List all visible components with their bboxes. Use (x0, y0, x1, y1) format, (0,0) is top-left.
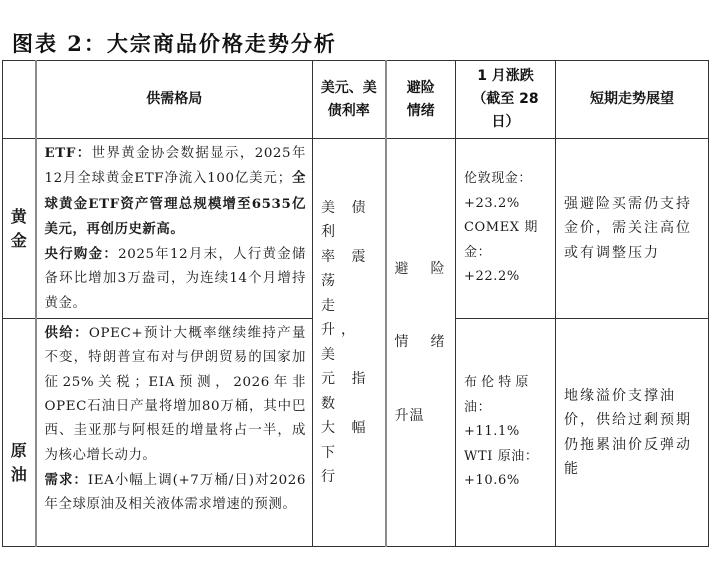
oil-demand-paragraph: 需求：IEA小幅上调(+7万桶/日)对2026年全球原油及相关液体需求增速的预测… (45, 468, 307, 518)
header-row: 供需格局 美元、美 债利率 避险 情绪 1 月涨跌 （截至 28 日） 短期走势… (3, 61, 709, 139)
oil-outlook: 地缘溢价支撑油价，供给过剩预期仍拖累油价反弹动能 (556, 319, 709, 547)
usd-rates-line-3: 走 升，美 (321, 294, 379, 368)
risk-sentiment-line-1: 避 险 (395, 257, 450, 282)
oil-supply-text: OPEC+预计大概率继续维持产量不变，特朗普宣布对与伊朗贸易的国家加征25%关税… (45, 326, 307, 462)
table-row-gold: 黄 金 ETF：世界黄金协会数据显示，2025年12月全球黄金ETF净流入100… (3, 139, 709, 319)
oil-wti-value: +10.6% (464, 469, 549, 494)
oil-supply-label: 供给： (45, 325, 89, 341)
usd-rates-shared-cell: 美 债 利 率 震 荡 走 升，美 元 指 数 大 幅 下 行 (313, 139, 386, 547)
gold-london-spot-value: +23.2% (464, 192, 549, 217)
usd-rates-line-2: 率 震 荡 (321, 245, 379, 294)
header-category (3, 61, 36, 139)
header-usd-line-2: 债利率 (313, 100, 385, 123)
header-change-line-3: 日） (456, 111, 555, 134)
gold-supply-demand: ETF：世界黄金协会数据显示，2025年12月全球黄金ETF净流入100亿美元；… (36, 139, 313, 319)
header-supply-demand: 供需格局 (36, 61, 313, 139)
usd-rates-line-6: 行 (321, 465, 379, 490)
header-change-line-1: 1 月涨跌 (456, 65, 555, 88)
category-gold-char-1: 黄 (3, 205, 35, 229)
category-oil-char-1: 原 (3, 439, 35, 463)
usd-rates-line-1: 美 债 利 (321, 196, 379, 245)
gold-monthly-change: 伦敦现金： +23.2% COMEX 期金： +22.2% (456, 139, 556, 319)
gold-etf-paragraph: ETF：世界黄金协会数据显示，2025年12月全球黄金ETF净流入100亿美元；… (45, 141, 307, 242)
risk-sentiment-shared-cell: 避 险 情 绪 升温 (386, 139, 456, 547)
oil-brent-value: +11.1% (464, 420, 549, 445)
gold-london-spot-label: 伦敦现金： (464, 167, 549, 192)
header-usd-rates: 美元、美 债利率 (313, 61, 386, 139)
commodity-price-table: 供需格局 美元、美 债利率 避险 情绪 1 月涨跌 （截至 28 日） 短期走势… (2, 60, 709, 547)
header-risk-sentiment: 避险 情绪 (386, 61, 456, 139)
category-crude-oil: 原 油 (3, 319, 36, 547)
category-oil-char-2: 油 (3, 463, 35, 487)
oil-brent-label-1: 布 伦 特 原 (464, 371, 549, 396)
gold-central-bank-label: 央行购金： (45, 246, 119, 262)
oil-brent-label-2: 油： (464, 396, 549, 421)
gold-etf-label: ETF： (45, 145, 92, 161)
figure-title: 图表 2：大宗商品价格走势分析 (12, 28, 337, 58)
header-usd-line-1: 美元、美 (313, 77, 385, 100)
gold-central-bank-paragraph: 央行购金：2025年12月末，人行黄金储备环比增加3万盎司，为连续14个月增持黄… (45, 242, 307, 316)
category-gold: 黄 金 (3, 139, 36, 319)
category-gold-char-2: 金 (3, 229, 35, 253)
usd-rates-line-4: 元 指 数 (321, 367, 379, 416)
header-risk-line-1: 避险 (387, 77, 456, 100)
gold-outlook: 强避险买需仍支持金价，需关注高位或有调整压力 (556, 139, 709, 319)
header-risk-line-2: 情绪 (387, 100, 456, 123)
header-short-term-outlook: 短期走势展望 (556, 61, 709, 139)
oil-wti-label: WTI 原油： (464, 445, 549, 470)
header-monthly-change: 1 月涨跌 （截至 28 日） (456, 61, 556, 139)
gold-comex-value: +22.2% (464, 265, 549, 290)
usd-rates-line-5: 大 幅 下 (321, 416, 379, 465)
oil-supply-paragraph: 供给：OPEC+预计大概率继续维持产量不变，特朗普宣布对与伊朗贸易的国家加征25… (45, 321, 307, 468)
oil-demand-label: 需求： (45, 472, 88, 488)
oil-supply-demand: 供给：OPEC+预计大概率继续维持产量不变，特朗普宣布对与伊朗贸易的国家加征25… (36, 319, 313, 547)
risk-sentiment-line-2: 情 绪 (395, 330, 450, 355)
risk-sentiment-line-3: 升温 (395, 404, 450, 429)
oil-monthly-change: 布 伦 特 原 油： +11.1% WTI 原油： +10.6% (456, 319, 556, 547)
header-change-line-2: （截至 28 (456, 88, 555, 111)
gold-comex-label: COMEX 期金： (464, 216, 549, 265)
